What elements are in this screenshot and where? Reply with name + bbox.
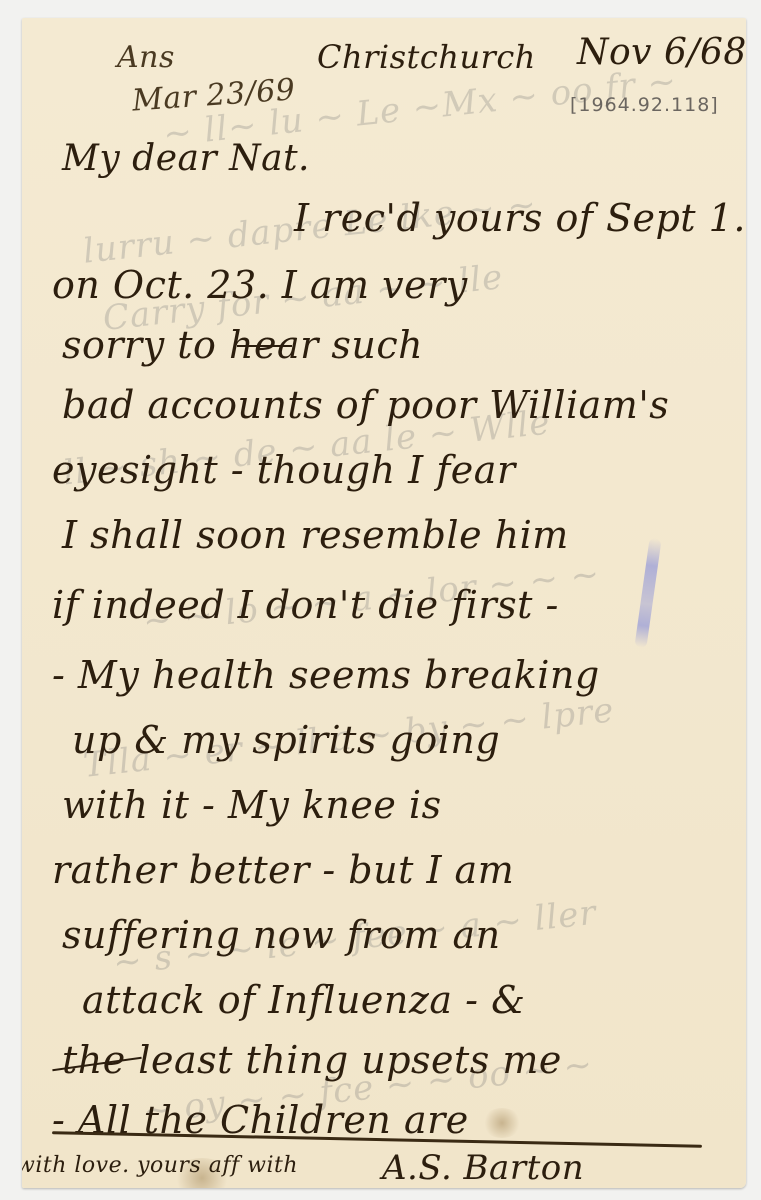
body-line: bad accounts of poor William's	[62, 383, 669, 427]
letter-place: Christchurch	[317, 38, 536, 76]
body-line: up & my spirits going	[72, 718, 500, 762]
body-line: attack of Influenza - &	[82, 978, 525, 1022]
salutation: My dear Nat.	[62, 138, 310, 179]
body-line: suffering now from an	[62, 913, 501, 957]
body-line: - My health seems breaking	[52, 653, 600, 697]
strikethrough	[237, 345, 292, 347]
letter-date: Nov 6/68	[577, 32, 746, 73]
body-line: rather better - but I am	[52, 848, 514, 892]
body-line: I rec'd yours of Sept 1.	[294, 196, 746, 240]
reply-annotation-line1: Ans	[117, 40, 175, 75]
ink-stain	[482, 1108, 522, 1138]
letter-page: ~ ll~ lu ~ Le ~Mx ~ oo fr ~ lurru ~ dapr…	[22, 18, 746, 1188]
body-line: on Oct. 23. I am very	[52, 263, 468, 307]
body-line: I shall soon resemble him	[62, 513, 569, 557]
ink-stain-blue	[634, 538, 661, 649]
catalog-number: [1964.92.118]	[570, 94, 719, 116]
signature: A.S. Barton	[382, 1148, 584, 1188]
body-line: if indeed I don't die first -	[52, 583, 559, 627]
closing: with love. yours aff with	[22, 1153, 298, 1178]
body-line: eyesight - though I fear	[52, 448, 516, 492]
body-line: with it - My knee is	[62, 783, 442, 827]
body-line: the least thing upsets me	[62, 1038, 562, 1082]
